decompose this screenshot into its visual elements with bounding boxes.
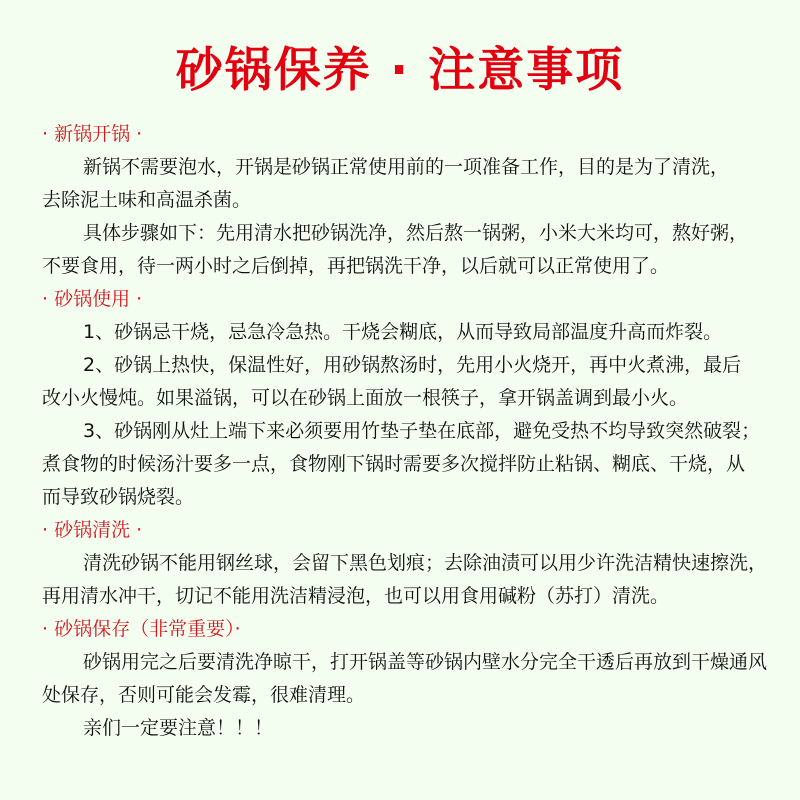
- paragraph-line: 砂锅用完之后要清洗净晾干，打开锅盖等砂锅内壁水分完全干透后再放到干燥通风: [42, 646, 782, 679]
- paragraph-line: 新锅不需要泡水，开锅是砂锅正常使用前的一项准备工作，目的是为了清洗，: [42, 151, 782, 184]
- paragraph-line: 而导致砂锅烧裂。: [42, 481, 782, 514]
- paragraph-line: 煮食物的时候汤汁要多一点，食物刚下锅时需要多次搅拌防止粘锅、糊底、干烧，从: [42, 448, 782, 481]
- section-heading-cleaning: · 砂锅清洗 ·: [42, 514, 782, 547]
- paragraph-line: 具体步骤如下：先用清水把砂锅洗净，然后熬一锅粥，小米大米均可，熬好粥，: [42, 217, 782, 250]
- paragraph-line: 去除泥土味和高温杀菌。: [42, 184, 782, 217]
- section-heading-new-pot: · 新锅开锅 ·: [42, 118, 782, 151]
- paragraph-line: 1、砂锅忌干烧，忌急冷急热。干烧会糊底，从而导致局部温度升高而炸裂。: [42, 316, 782, 349]
- paragraph-line: 再用清水冲干，切记不能用洗洁精浸泡，也可以用食用碱粉（苏打）清洗。: [42, 580, 782, 613]
- page-title: 砂锅保养 · 注意事项: [0, 38, 800, 104]
- paragraph-line: 2、砂锅上热快，保温性好，用砂锅熬汤时，先用小火烧开，再中火煮沸，最后: [42, 349, 782, 382]
- paragraph-line: 清洗砂锅不能用钢丝球，会留下黑色划痕；去除油渍可以用少许洗洁精快速擦洗，: [42, 547, 782, 580]
- section-heading-storage: · 砂锅保存（非常重要）·: [42, 613, 782, 646]
- section-heading-usage: · 砂锅使用 ·: [42, 283, 782, 316]
- paragraph-line: 3、砂锅刚从灶上端下来必须要用竹垫子垫在底部，避免受热不均导致突然破裂；: [42, 415, 782, 448]
- paragraph-line: 改小火慢炖。如果溢锅，可以在砂锅上面放一根筷子，拿开锅盖调到最小火。: [42, 382, 782, 415]
- document-body: · 新锅开锅 · 新锅不需要泡水，开锅是砂锅正常使用前的一项准备工作，目的是为了…: [42, 118, 782, 745]
- paragraph-line: 处保存，否则可能会发霉，很难清理。: [42, 679, 782, 712]
- closing-reminder: 亲们一定要注意！！！: [42, 712, 782, 745]
- paragraph-line: 不要食用，待一两小时之后倒掉，再把锅洗干净，以后就可以正常使用了。: [42, 250, 782, 283]
